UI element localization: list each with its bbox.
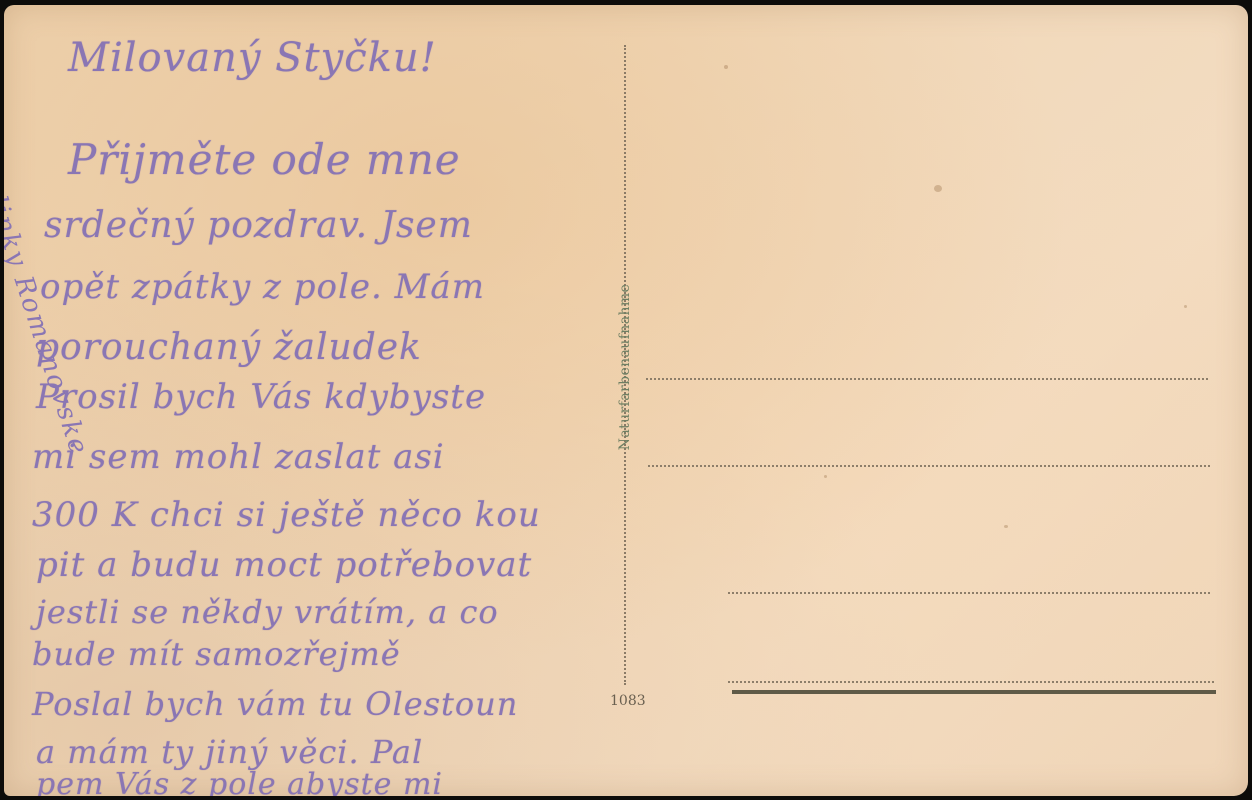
message-line-14: pem Vás z pole abyste mi (36, 767, 443, 796)
message-line-7: mi sem mohl zaslat asi (32, 437, 445, 477)
message-line-2: Přijměte ode mne (68, 135, 461, 184)
message-line-9: pit a budu moct potřebovat (36, 545, 532, 585)
address-line-1 (646, 378, 1208, 380)
address-line-4 (728, 681, 1214, 683)
message-line-4: opět zpátky z pole. Mám (40, 267, 485, 307)
address-line-2 (648, 465, 1210, 467)
paper-stain (934, 185, 942, 192)
postcard-back: Naturfarbenaufnahme 1083 koupit hodinky … (4, 5, 1248, 796)
message-line-1: Milovaný Styčku! (68, 35, 437, 81)
paper-stain (824, 475, 827, 478)
message-line-6: Prosil bych Vás kdybyste (36, 377, 486, 417)
catalog-number: 1083 (610, 693, 646, 709)
message-line-3: srdečný pozdrav. Jsem (44, 205, 473, 246)
message-line-8: 300 K chci si ještě něco kou (32, 495, 541, 535)
paper-stain (1184, 305, 1187, 308)
address-line-3 (728, 592, 1210, 594)
message-line-12: Poslal bych vám tu Olestoun (32, 685, 518, 723)
message-line-5: porouchaný žaludek (36, 327, 422, 368)
naturfarbenaufnahme-label: Naturfarbenaufnahme (617, 247, 637, 487)
address-underline (732, 690, 1216, 694)
message-line-13: a mám ty jiný věci. Pal (36, 733, 423, 771)
paper-stain (1004, 525, 1008, 528)
message-line-10: jestli se někdy vrátím, a co (36, 593, 499, 631)
paper-stain (724, 65, 728, 69)
message-line-11: bude mít samozřejmě (32, 635, 401, 673)
